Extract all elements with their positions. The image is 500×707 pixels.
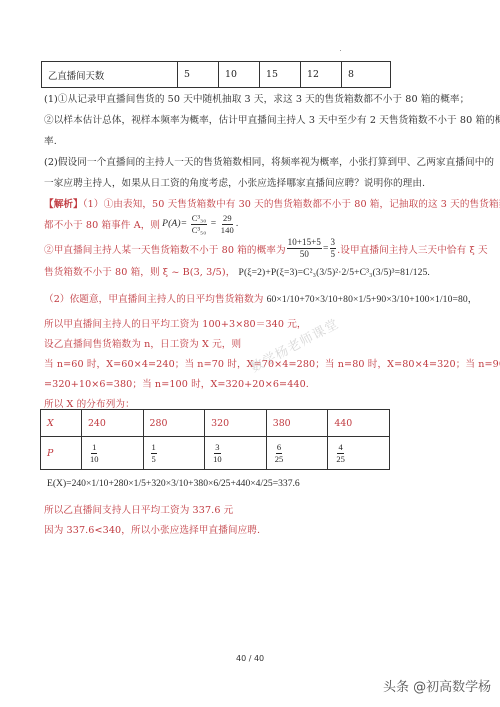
cell: 10 [219,62,260,88]
solution-text: ②甲直播间主持人某一天售货箱数不小于 80 箱的概率为 [44,242,286,256]
table-row: X 240 280 320 380 440 [41,410,390,437]
question-1-2-line1: ②以样本估计总体，视样本频率为概率，估计甲直播间主持人 3 天中至少有 2 天售… [44,112,500,126]
formula-probability: 10+15+550 = 35 [286,238,337,259]
table-row: 乙直播间天数 5 10 15 12 8 [42,62,391,88]
solution-line10: 所以 X 的分布列为： [44,396,135,410]
solution-line3: ②甲直播间主持人某一天售货箱数不小于 80 箱的概率为 10+15+550 = … [44,238,488,259]
cell: 625 [266,437,328,470]
cell: 425 [328,437,390,470]
cell: 12 [301,62,342,88]
question-2-line1: (2)假设同一个直播间的主持人一天的售货箱数相同，将频率视为概率，小张打算到甲、… [44,154,494,168]
question-2-line2: 一家应聘主持人，如果从日工资的角度考虑，小张应选择哪家直播间应聘？说明你的理由. [44,175,425,189]
question-1-1: (1)①从记录甲直播间售货的 50 天中随机抽取 3 天，求这 3 天的售货箱数… [44,91,469,105]
solution-line7: 设乙直播间售货箱数为 n，日工资为 X 元，则 [44,336,241,350]
formula-mean: 60×1/10+70×3/10+80×1/5+90×3/10+100×1/10=… [267,294,478,305]
stray-dot [340,50,341,51]
table-row: P 110 15 310 625 425 [41,437,390,470]
cell: 440 [328,410,390,437]
conclusion-line1: 所以乙直播间支持人日平均工资为 337.6 元 [44,502,233,516]
cell: 15 [143,437,205,470]
expectation-formula: E(X)=240×1/10+280×1/5+320×3/10+380×6/25+… [47,478,300,489]
page-number: 40 / 40 [236,654,264,663]
formula-pa: P(A)= C³₃₀C³₅₀ = 29140. [162,214,238,234]
solution-text: （1）①由表知，50 天售货箱数中有 30 天的售货箱数都不小于 80 箱，记抽… [83,199,500,210]
conclusion-line2: 因为 337.6<340，所以小张应选择甲直播间应聘. [44,522,260,536]
solution-line6: 所以甲直播间主持人的日平均工资为 100+3×80＝340 元， [44,316,307,330]
cell: 280 [143,410,205,437]
cell: 8 [342,62,391,88]
x-label: X [41,410,82,437]
cell: 5 [178,62,219,88]
solution-line4: 售货箱数不小于 80 箱，则 ξ ~ B(3, 3/5)， P(ξ=2)+P(ξ… [44,264,430,278]
cell: 15 [260,62,301,88]
solution-line2: 都不小于 80 箱事件 A，则 P(A)= C³₃₀C³₅₀ = 29140. [44,214,238,234]
solution-line1: 【解析】（1）①由表知，50 天售货箱数中有 30 天的售货箱数都不小于 80 … [44,196,500,210]
cell: 110 [81,437,143,470]
cell: 380 [266,410,328,437]
row-label: 乙直播间天数 [42,62,178,88]
solution-line9: =320+10×6=380；当 n=100 时，X=320+20×6=440. [44,376,309,390]
cell: 320 [205,410,267,437]
p-label: P [41,437,82,470]
analysis-tag: 【解析】 [44,199,83,210]
top-table: 乙直播间天数 5 10 15 12 8 [41,61,391,88]
cell: 310 [205,437,267,470]
formula-binomial: P(ξ=2)+P(ξ=3)=C²₃(3/5)²·2/5+C³₃(3/5)³=81… [239,267,430,278]
solution-text: .设甲直播间主持人三天中恰有 ξ 天 [337,242,488,256]
solution-line5: （2）依题意，甲直播间主持人的日平均售货箱数为 60×1/10+70×3/10+… [44,291,477,305]
question-1-2-line2: 率. [44,133,57,147]
cell: 240 [81,410,143,437]
solution-text: 都不小于 80 箱事件 A，则 [44,217,160,231]
brand-watermark: 头条 @初高数学杨 [383,676,491,695]
distribution-table: X 240 280 320 380 440 P 110 15 310 625 4… [40,409,390,470]
